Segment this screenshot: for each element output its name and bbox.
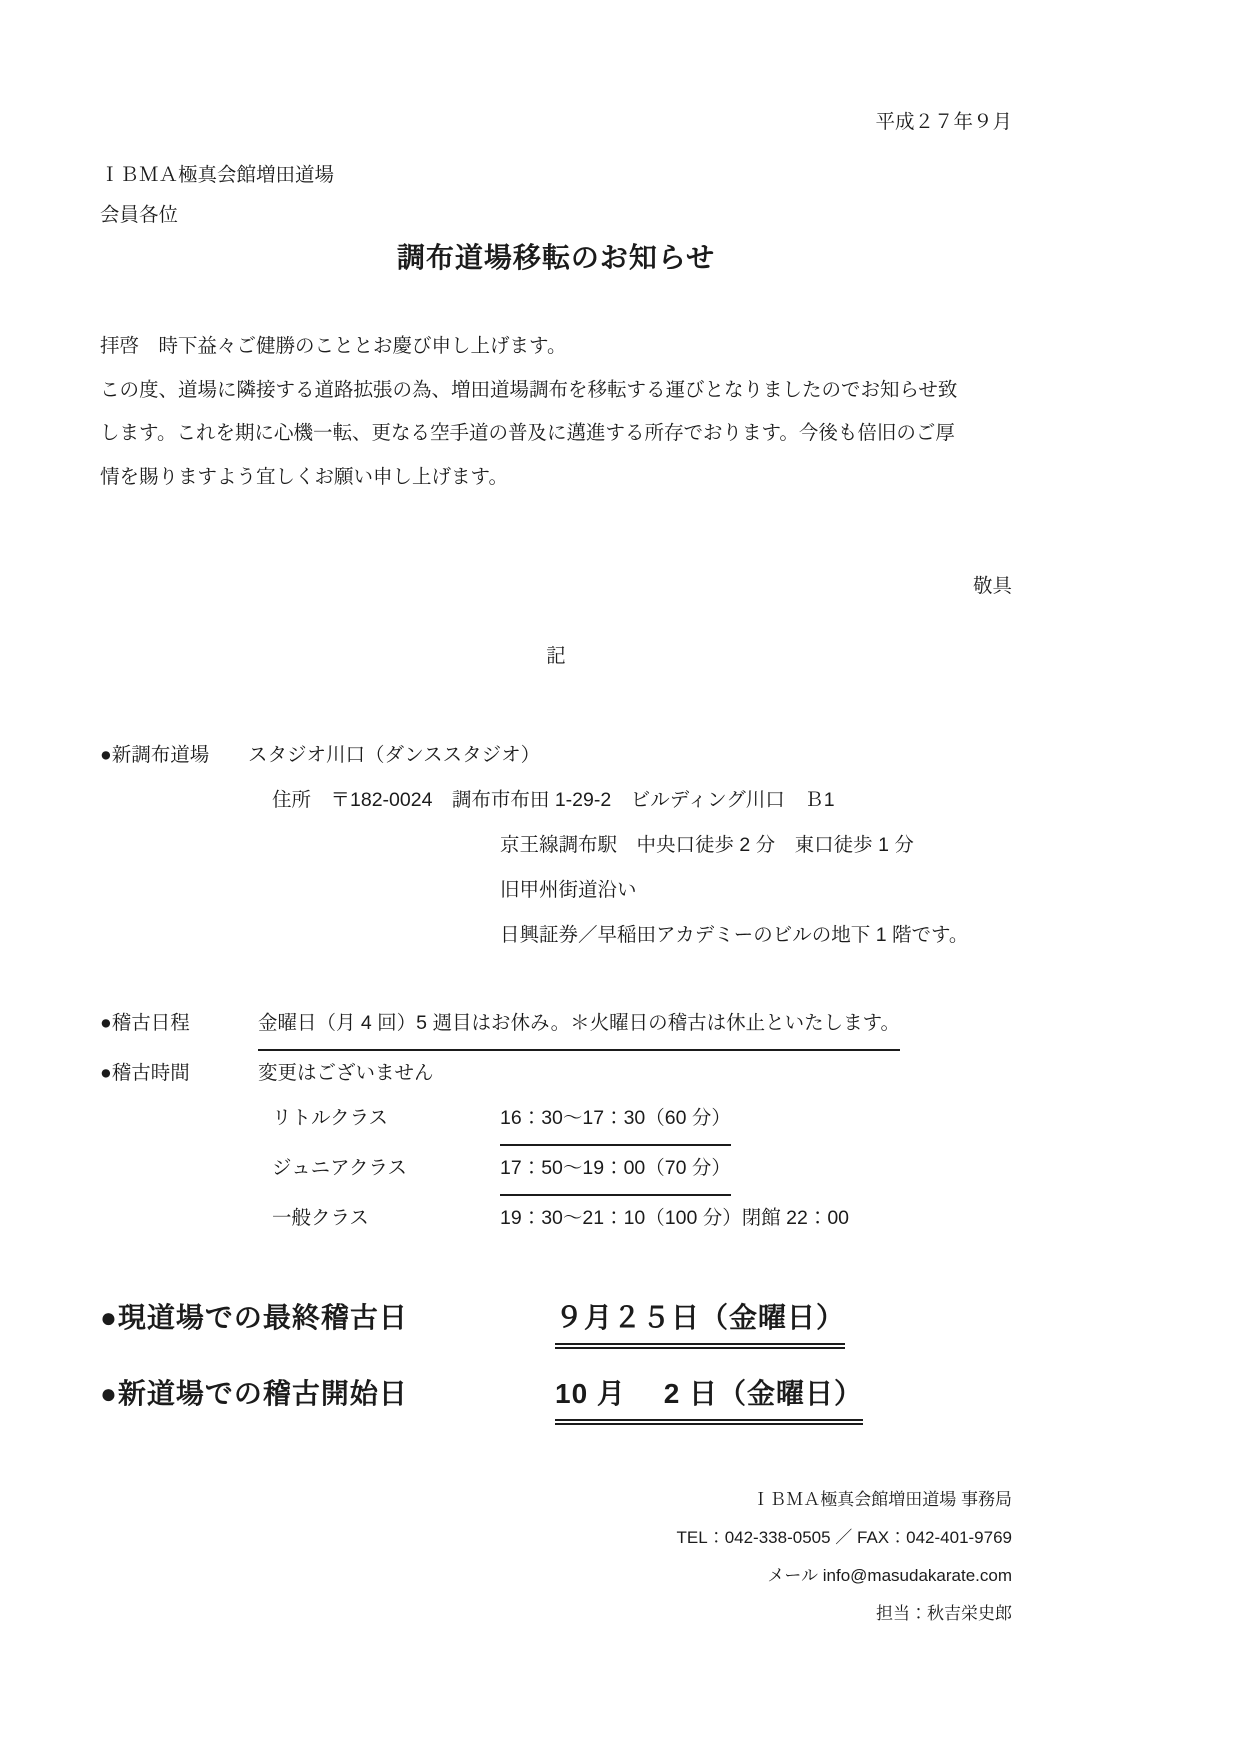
notice-document-page: 平成２７年９月 ＩＢＭＡ極真会館増田道場 会員各位 調布道場移転のお知らせ 拝啓… [0,0,1240,1753]
contact-footer: ＩＢＭＡ極真会館増田道場 事務局 TEL：042-338-0505 ／ FAX：… [100,1481,1012,1633]
new-dojo-address: 住所 〒182-0024 調布市布田 1-29-2 ビルディング川口 Ｂ1 [272,778,1012,823]
class-row-general: 一般クラス 19：30～21：10（100 分）閉館 22：00 [100,1196,1012,1241]
schedule-date-value: 金曜日（月 4 回）5 週目はお休み。＊火曜日の稽古は休止といたします。 [258,1001,900,1051]
body-line: この度、道場に隣接する道路拡張の為、増田道場調布を移転する運びとなりましたのでお… [100,369,1012,413]
class-row-junior: ジュニアクラス 17：50～19：00（70 分） [100,1146,1012,1196]
class-name: ジュニアクラス [272,1146,500,1191]
schedule-date-row: ●稽古日程 金曜日（月 4 回）5 週目はお休み。＊火曜日の稽古は休止といたしま… [100,1001,1012,1051]
new-dojo-landmark-road: 旧甲州街道沿い [500,868,1012,913]
body-paragraph: 拝啓 時下益々ご健勝のこととお慶び申し上げます。 この度、道場に隣接する道路拡張… [100,325,1012,499]
new-dojo-landmark-building: 日興証券／早稲田アカデミーのビルの地下 1 階です。 [500,913,1012,958]
page-title: 調布道場移転のお知らせ [100,243,1012,273]
schedule-date-label: ●稽古日程 [100,1001,258,1046]
sender-organization: ＩＢＭＡ極真会館増田道場 [100,165,1012,185]
closing-salutation: 敬具 [100,576,1012,596]
class-name: 一般クラス [272,1196,500,1241]
last-practice-row: ●現道場での最終稽古日 ９月２５日（金曜日） [100,1301,1012,1349]
schedule-section: ●稽古日程 金曜日（月 4 回）5 週目はお休み。＊火曜日の稽古は休止といたしま… [100,1001,1012,1241]
class-row-little: リトルクラス 16：30～17：30（60 分） [100,1096,1012,1146]
new-dojo-label: ●新調布道場 [100,733,248,778]
greeting-line: 拝啓 時下益々ご健勝のこととお慶び申し上げます。 [100,325,1012,369]
key-dates-section: ●現道場での最終稽古日 ９月２５日（金曜日） ●新道場での稽古開始日 10 月 … [100,1301,1012,1425]
new-dojo-name: スタジオ川口（ダンススタジオ） [248,733,540,778]
footer-tel-fax: TEL：042-338-0505 ／ FAX：042-401-9769 [100,1519,1012,1557]
footer-email: メール info@masudakarate.com [100,1557,1012,1595]
footer-contact-person: 担当：秋吉栄史郎 [100,1595,1012,1633]
new-dojo-row: ●新調布道場 スタジオ川口（ダンススタジオ） [100,733,1012,778]
new-dojo-access: 京王線調布駅 中央口徒歩 2 分 東口徒歩 1 分 [500,823,1012,868]
body-line: します。これを期に心機一転、更なる空手道の普及に邁進する所存でおります。今後も倍… [100,412,1012,456]
first-practice-row: ●新道場での稽古開始日 10 月 2 日（金曜日） [100,1377,1012,1425]
last-practice-label: ●現道場での最終稽古日 [100,1301,555,1335]
schedule-time-row: ●稽古時間 変更はございません [100,1051,1012,1096]
addressee: 会員各位 [100,205,1012,225]
footer-office: ＩＢＭＡ極真会館増田道場 事務局 [100,1481,1012,1519]
class-time: 17：50～19：00（70 分） [500,1146,731,1196]
schedule-time-label: ●稽古時間 [100,1051,258,1096]
body-line: 情を賜りますよう宜しくお願い申し上げます。 [100,456,1012,500]
schedule-time-value: 変更はございません [258,1051,434,1096]
class-name: リトルクラス [272,1096,500,1141]
record-marker: 記 [100,646,1012,666]
first-practice-date: 10 月 2 日（金曜日） [555,1377,863,1425]
issue-date: 平成２７年９月 [100,112,1012,132]
class-time: 16：30～17：30（60 分） [500,1096,731,1146]
last-practice-date: ９月２５日（金曜日） [555,1301,845,1349]
class-time: 19：30～21：10（100 分）閉館 22：00 [500,1196,849,1241]
new-dojo-section: ●新調布道場 スタジオ川口（ダンススタジオ） 住所 〒182-0024 調布市布… [100,733,1012,958]
first-practice-label: ●新道場での稽古開始日 [100,1377,555,1411]
